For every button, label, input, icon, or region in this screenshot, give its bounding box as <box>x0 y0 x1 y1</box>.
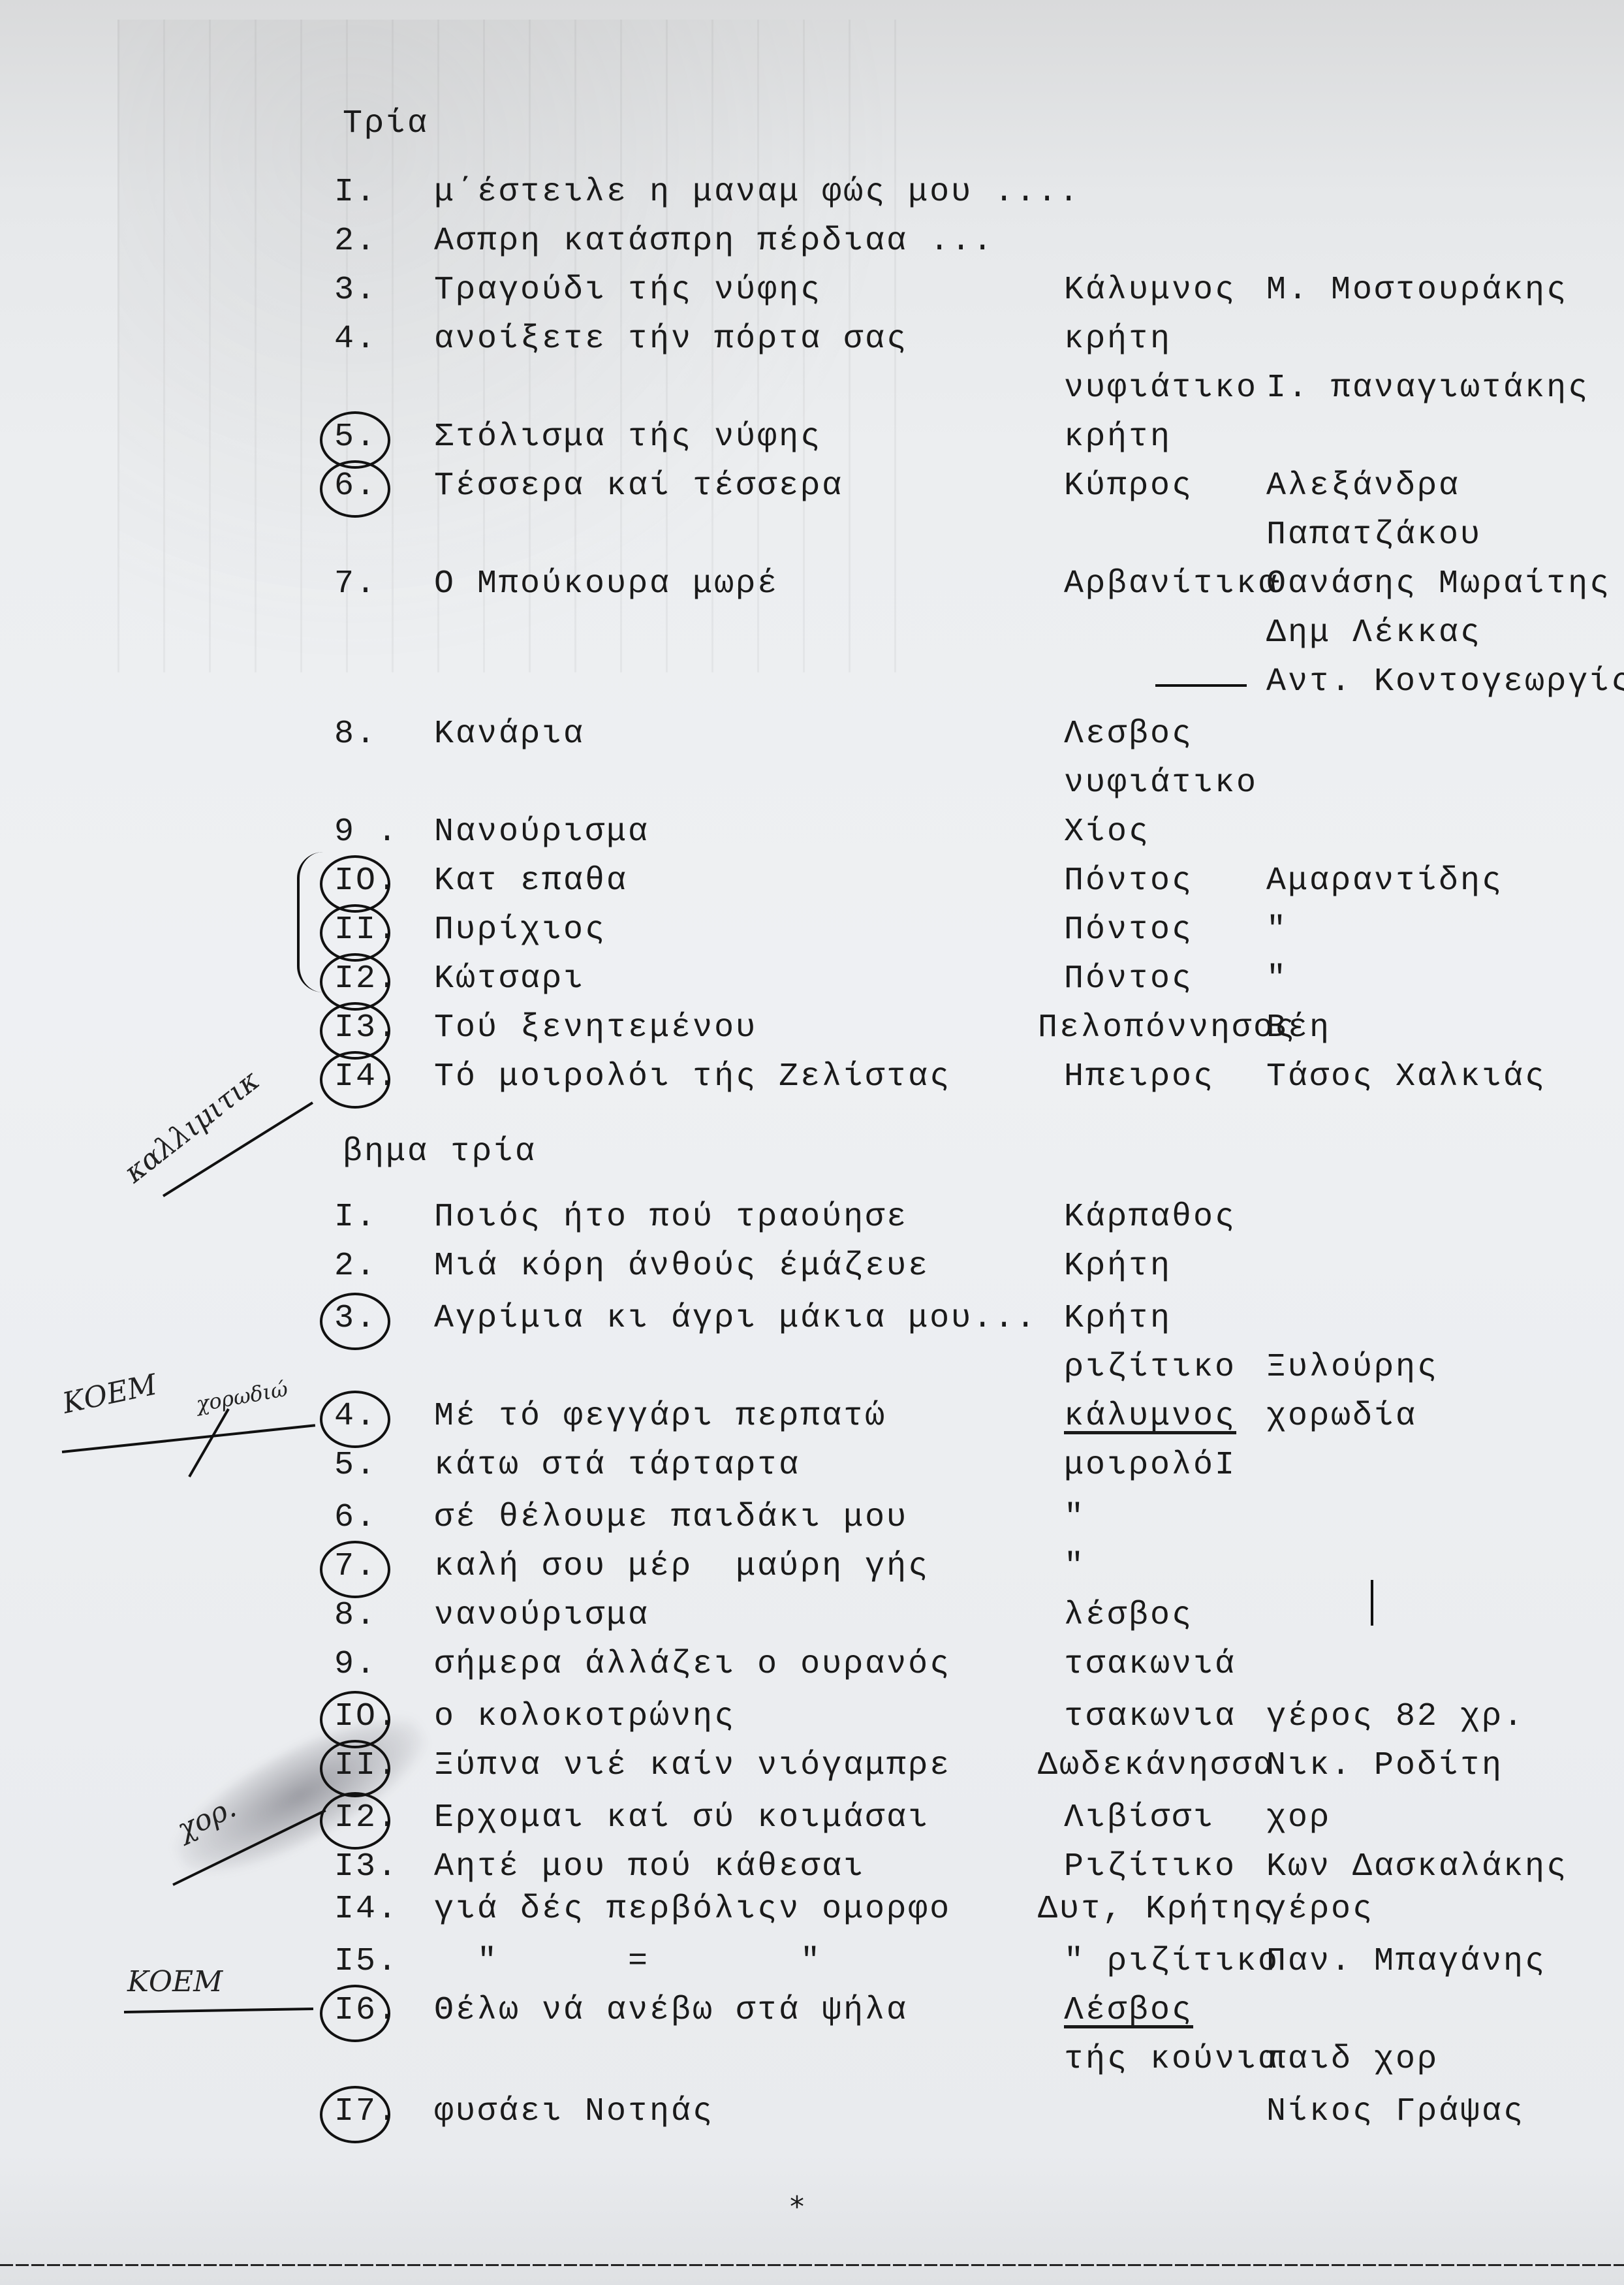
song-region: Κρήτη <box>1064 1247 1172 1286</box>
item-number: 5. <box>334 418 377 457</box>
song-performer: I. παναγιωτάκης <box>1266 369 1589 408</box>
song-region: τσακωνιά <box>1064 1645 1236 1684</box>
song-title: κάτω στά τάρταρτα <box>434 1446 800 1485</box>
item-number: 7. <box>334 565 377 604</box>
item-number: I6. <box>334 1991 399 2030</box>
item-number: 8. <box>334 1596 377 1635</box>
section-1-heading: Τρία <box>343 104 429 144</box>
song-region: κάλυμνος <box>1064 1397 1236 1436</box>
song-region: Κάλυμνος <box>1064 271 1236 310</box>
item-number: I. <box>334 1198 377 1237</box>
song-title: Αητέ μου πού κάθεσαι <box>434 1848 865 1887</box>
annotation-line <box>124 2008 313 2013</box>
song-title: Τό μοιρολόι τής Ζελίστας <box>434 1058 951 1097</box>
song-region: κρήτη <box>1064 320 1172 359</box>
song-region: τής κούνια <box>1064 2040 1279 2079</box>
item-number: 2. <box>334 222 377 261</box>
song-performer: γέρος <box>1266 1890 1374 1929</box>
bracket-mark <box>297 852 326 992</box>
item-number: I4. <box>334 1890 399 1929</box>
item-number: 9. <box>334 1645 377 1684</box>
margin-note: χορωδιώ <box>195 1376 290 1417</box>
song-performer: Ξυλούρης <box>1266 1348 1439 1387</box>
annotation-line <box>188 1408 229 1477</box>
song-title: Τραγούδι τής νύφης <box>434 271 822 310</box>
song-region: ριζίτικο <box>1064 1348 1236 1387</box>
song-title: Ερχομαι καί σύ κοιμάσαι <box>434 1799 929 1838</box>
song-performer: Θανάσης Μωραίτης <box>1266 565 1611 604</box>
item-number: I4. <box>334 1058 399 1097</box>
song-title: γιά δές περβόλιςν ομορφο <box>434 1890 951 1929</box>
song-title: Στόλισμα τής νύφης <box>434 418 822 457</box>
margin-note: ΚΟΕΜ <box>127 1965 223 1998</box>
song-title: Ασπρη κατάσπρη πέρδιαα ... <box>434 222 994 261</box>
song-title: Νανούρισμα <box>434 813 649 852</box>
song-region: " ριζίτικο <box>1064 1942 1279 1981</box>
song-title: Μιά κόρη άνθούς έμάζευε <box>434 1247 929 1286</box>
item-number: I3. <box>334 1009 399 1048</box>
item-number: I7. <box>334 2092 399 2132</box>
song-title: Κανάρια <box>434 715 585 754</box>
song-region: Κρήτη <box>1064 1299 1172 1338</box>
song-performer: παιδ χορ <box>1266 2040 1439 2079</box>
song-region: Πόντος <box>1064 911 1193 950</box>
item-number: II. <box>334 911 399 950</box>
item-number: 4. <box>334 1397 377 1436</box>
song-title: Πυρίχιος <box>434 911 606 950</box>
item-number: 5. <box>334 1446 377 1485</box>
song-title: Θέλω νά ανέβω στά ψήλα <box>434 1991 908 2030</box>
song-title: " = " <box>434 1942 822 1981</box>
song-region: Δωδεκάνησσα <box>1038 1746 1275 1786</box>
item-number: 3. <box>334 1299 377 1338</box>
song-performer: Κων Δασκαλάκης <box>1266 1848 1568 1887</box>
song-region: Χίος <box>1064 813 1150 852</box>
song-region: νυφιάτικο <box>1064 764 1258 803</box>
song-region: Λέσβος <box>1064 1991 1193 2030</box>
item-number: 3. <box>334 271 377 310</box>
song-title: ο κολοκοτρώνης <box>434 1697 736 1737</box>
section-2-heading: βημα τρία <box>343 1133 537 1172</box>
footer-asterisk: * <box>790 2190 804 2224</box>
document-page: Τρία I.μ΄έστειλε η μαναμ φώς μου ....2.Α… <box>0 0 1624 2285</box>
song-region: Κύπρος <box>1064 467 1193 506</box>
item-number: I2. <box>334 1799 399 1838</box>
song-region: " <box>1064 1498 1085 1537</box>
song-region: τσακωνια <box>1064 1697 1236 1737</box>
song-title: Ξύπνα νιέ καίν νιόγαμπρε <box>434 1746 951 1786</box>
song-title: ανοίξετε τήν πόρτα σας <box>434 320 908 359</box>
song-title: Τέσσερα καί τέσσερα <box>434 467 843 506</box>
song-region: Πόντος <box>1064 862 1193 901</box>
song-region: Ριζίτικο <box>1064 1848 1236 1887</box>
song-region: Κάρπαθος <box>1064 1198 1236 1237</box>
page-edge-rule <box>0 2264 1624 2266</box>
margin-note: ΚΟΕΜ <box>59 1368 160 1420</box>
song-performer: Παπατζάκου <box>1266 516 1482 555</box>
item-number: I3. <box>334 1848 399 1887</box>
song-performer: " <box>1266 911 1288 950</box>
item-number: 4. <box>334 320 377 359</box>
song-region: κρήτη <box>1064 418 1172 457</box>
song-title: Ποιός ήτο πού τραούησε <box>434 1198 908 1237</box>
song-region: Πελοπόννησος <box>1038 1009 1296 1048</box>
song-performer: Αμαραντίδης <box>1266 862 1503 901</box>
song-performer: Νικ. Ροδίτη <box>1266 1746 1503 1786</box>
song-performer: " <box>1266 960 1288 999</box>
song-title: φυσάει Νοτηάς <box>434 2092 714 2132</box>
item-number: 2. <box>334 1247 377 1286</box>
song-region: Ηπειρος <box>1064 1058 1215 1097</box>
song-performer: Νίκος Γράψας <box>1266 2092 1525 2132</box>
song-region: Λιβίσσι <box>1064 1799 1215 1838</box>
song-title: σήμερα άλλάζει ο ουρανός <box>434 1645 951 1684</box>
song-region: μοιρολόI <box>1064 1446 1236 1485</box>
song-title: Ο Μπούκουρα μωρέ <box>434 565 779 604</box>
song-performer: Παν. Μπαγάνης <box>1266 1942 1546 1981</box>
song-performer: Μ. Μοστουράκης <box>1266 271 1568 310</box>
song-title: καλή σου μέρ μαύρη γής <box>434 1547 929 1586</box>
song-region: λέσβος <box>1064 1596 1193 1635</box>
item-number: 6. <box>334 467 377 506</box>
item-number: I5. <box>334 1942 399 1981</box>
song-performer: Τάσος Χαλκιάς <box>1266 1058 1546 1097</box>
item-number: IO. <box>334 862 399 901</box>
song-performer: Δημ Λέκκας <box>1266 614 1482 653</box>
song-title: Κώτσαρι <box>434 960 585 999</box>
item-number: II. <box>334 1746 399 1786</box>
item-number: I. <box>334 173 377 212</box>
song-region: νυφιάτικο <box>1064 369 1258 408</box>
song-performer: χορ <box>1266 1799 1331 1838</box>
song-title: σέ θέλουμε παιδάκι μου <box>434 1498 908 1537</box>
item-number: 7. <box>334 1547 377 1586</box>
song-region: Δυτ, Κρήτης <box>1038 1890 1275 1929</box>
song-performer: χορωδία <box>1266 1397 1417 1436</box>
song-title: Τού ξενητεμένου <box>434 1009 757 1048</box>
song-region: Αρβανίτικα <box>1064 565 1279 604</box>
song-performer: Αλεξάνδρα <box>1266 467 1460 506</box>
item-number: 9 . <box>334 813 399 852</box>
song-title: Αγρίμια κι άγρι μάκια μου... <box>434 1299 1037 1338</box>
handwritten-vertical-mark <box>1371 1580 1373 1626</box>
annotation-line <box>1155 684 1247 687</box>
item-number: 6. <box>334 1498 377 1537</box>
item-number: IO. <box>334 1697 399 1737</box>
song-title: Μέ τό φεγγάρι περπατώ <box>434 1397 886 1436</box>
annotation-line <box>62 1424 315 1453</box>
song-title: νανούρισμα <box>434 1596 649 1635</box>
song-title: μ΄έστειλε η μαναμ φώς μου .... <box>434 173 1080 212</box>
song-region: Λεσβος <box>1064 715 1193 754</box>
song-performer: γέρος 82 χρ. <box>1266 1697 1525 1737</box>
ink-smudge <box>158 1691 443 1900</box>
item-number: I2. <box>334 960 399 999</box>
song-performer: Βέη <box>1266 1009 1331 1048</box>
song-region: Πόντος <box>1064 960 1193 999</box>
song-performer: Αντ. Κοντογεωργίς <box>1266 663 1624 702</box>
item-number: 8. <box>334 715 377 754</box>
song-title: Κατ επαθα <box>434 862 628 901</box>
margin-note: καλλιμιτικ <box>118 1064 266 1190</box>
song-region: " <box>1064 1547 1085 1586</box>
